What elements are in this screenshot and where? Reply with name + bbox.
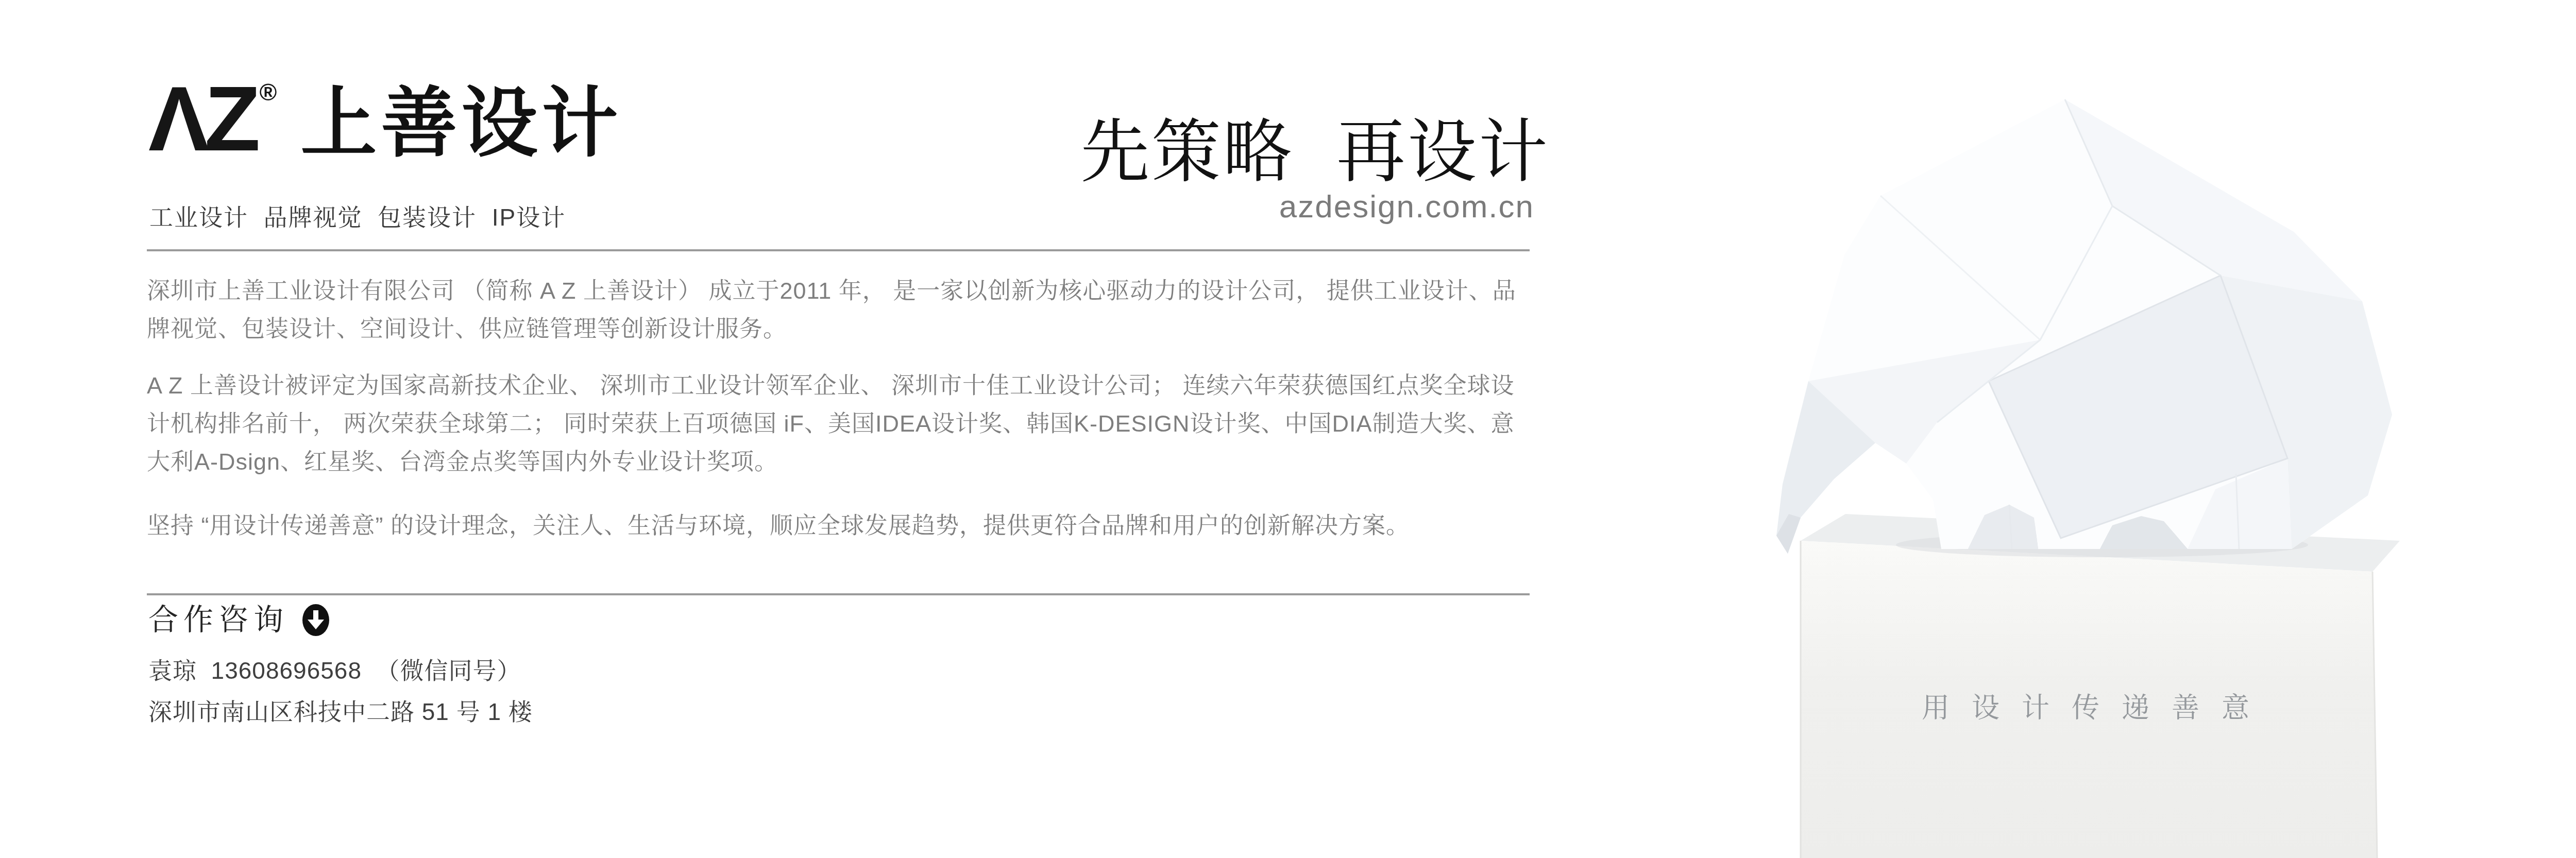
az-logo-mark: ΛZ bbox=[148, 73, 255, 165]
company-profile-poster: ΛZ ® 上善设计 工业设计 品牌视觉 包装设计 IP设计 先策略 再设计 az… bbox=[0, 0, 2576, 858]
contact-section-header: 合作咨询 bbox=[148, 604, 330, 637]
about-paragraph-2: A Z 上善设计被评定为国家高新技术企业、 深圳市工业设计领军企业、 深圳市十佳… bbox=[147, 367, 1517, 481]
registered-trademark-icon: ® bbox=[259, 80, 277, 104]
slogan: 先策略 再设计 bbox=[1081, 97, 1550, 196]
service-list: 工业设计 品牌视觉 包装设计 IP设计 bbox=[149, 199, 566, 233]
contact-address: 深圳市南山区科技中二路 51 号 1 楼 bbox=[148, 693, 533, 727]
elephant-icon bbox=[1776, 99, 2392, 554]
pedestal-motto: 用 设 计 传 递 善 意 bbox=[1803, 686, 2375, 726]
brand-logo: ΛZ ® 上善设计 bbox=[148, 73, 622, 165]
about-paragraph-1: 深圳市上善工业设计有限公司 （简称 A Z 上善设计） 成立于2011 年， 是… bbox=[147, 272, 1517, 348]
contact-title: 合作咨询 bbox=[148, 605, 289, 635]
contact-divider bbox=[147, 593, 1530, 595]
about-paragraph-3: 坚持 “用设计传递善意” 的设计理念，关注人、生活与环境，顺应全球发展趋势，提供… bbox=[147, 507, 1517, 545]
elephant-sculpture-illustration bbox=[1752, 52, 2421, 858]
website-url: azdesign.com.cn bbox=[1279, 188, 1534, 225]
arrow-down-circle-icon bbox=[302, 604, 330, 637]
contact-person-phone: 袁琼 13608696568 （微信同号） bbox=[148, 652, 521, 686]
header-divider bbox=[147, 249, 1530, 251]
brand-name: 上善设计 bbox=[300, 82, 622, 165]
